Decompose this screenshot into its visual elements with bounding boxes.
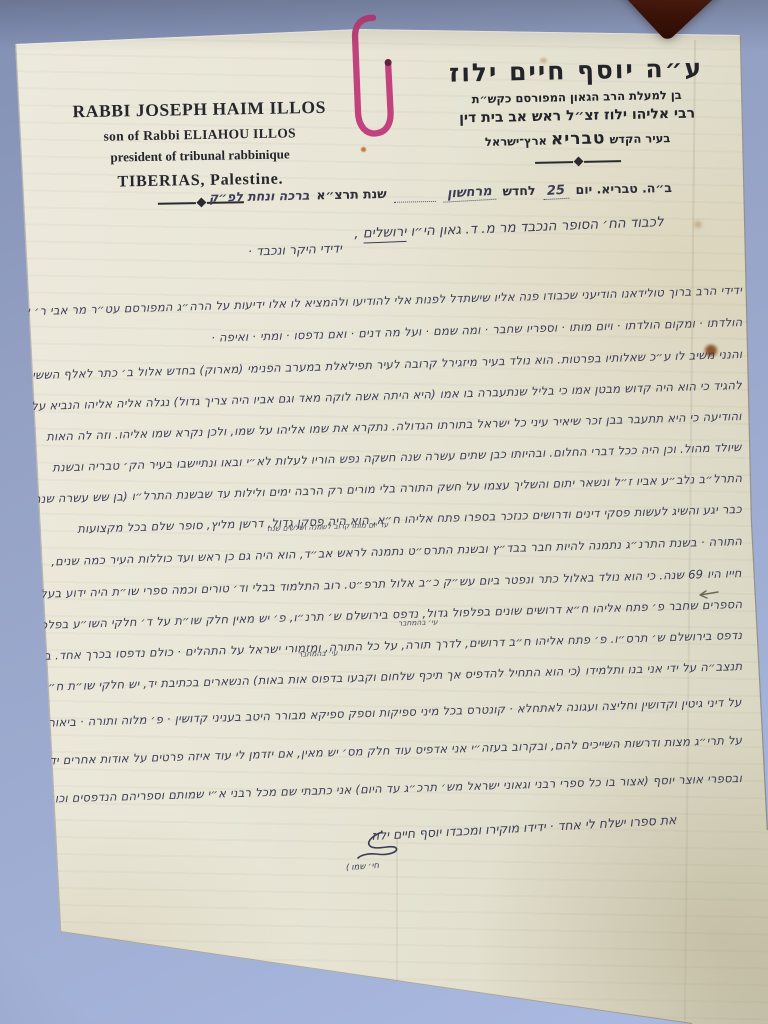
handwritten-line: ובספרי אוצר יוסף (אצור בו כל ספרי רבני ו… [0,771,742,808]
addressee-text: לכבוד הח׳ הסופר הנכבד מר מ. ד. גאון הי״ו [411,214,665,240]
closing-line: את ספרו ישלח לי אחד · ידידו מוקירו ומכבד… [371,812,677,843]
addressee-line: לכבוד הח׳ הסופר הנכבד מר מ. ד. גאון הי״ו… [354,214,664,242]
handwritten-line: על תרי״ג מצות ודרשות השייכים להם, ובקרוב… [0,733,742,769]
letterhead-father-he: בן למעלת הרב הגאון המפורסם כקש״ת [424,87,730,107]
dateline-prefix: ב״ה. טבריא. יום [575,180,672,197]
signature-paren: ( [346,863,350,873]
handwritten-line: חייו היו 69 שנה. כי הוא נולד באלול כתר ו… [17,566,742,601]
handwritten-line: הולדתו · ומקום הולדתו · ויום מותו · וספר… [211,315,743,345]
dateline-year: שנת תרצ״א [316,186,387,202]
addressee-city: ירושלים [363,224,407,244]
faded-stain [692,220,704,229]
city-name: טבריא [551,128,606,149]
letterhead-title-he: רבי אליהו ילוז זצ״ל ראש אב בית דין [424,105,730,127]
interlinear-note: עי׳ בהמחבר [398,617,438,627]
handwritten-line: התורה · בשנת התרנ״ג נתמנה להיות חבר בבד״… [51,534,742,568]
handwritten-line: כבר יגע והשיג לעשות פסקי דינים ודרושים כ… [77,502,742,536]
dateline-month-label: לחדש [502,183,535,199]
paper-crease [684,40,696,1024]
city-prefix: בעיר הקדש [609,131,670,146]
blank-dotted-line [394,191,436,203]
handwritten-line: להגיד כי הוא היה קדוש מבטן אמו כי בליל ש… [31,378,742,413]
handwritten-line: נדפס בירושלם ש׳ תרס״ו. פ׳ פתח אליהו ח״ב … [14,628,742,664]
paper-clip [333,11,417,147]
handwritten-line: הספרים שחבר פ׳ פתח אליהו ח״א דרושים שוני… [0,597,742,633]
letterhead-father-en: son of Rabbi ELIAHOU ILLOS [52,124,348,145]
divider-line [535,161,573,164]
paper-crease [396,838,398,1024]
signature-flourish [352,830,410,860]
letterhead-name-en: RABBI JOSEPH HAIM ILLOS [51,96,347,122]
handwritten-line: והנני משיב לו ע״כ שאלותיו בפרטות. הוא נו… [1,347,742,383]
divider-line [584,160,622,163]
addressee-tail: , [354,226,359,242]
handwritten-line: והודיעה כי היא תתעבר בבן זכר שיאיר עיני … [46,409,742,444]
letterhead-name-he: ע״ה יוסף חיים ילוז [423,53,730,88]
letterhead-city-he: בעיר הקדש טבריא ארץ־ישראל [424,126,730,152]
handwritten-line: שיולד מהול. וכן היה ככל דברי החלום. ובהי… [52,440,742,474]
handwritten-blessing: ברכה ונחת לפ״ק [209,188,310,205]
letterhead-title-en: president of tribunal rabbinique [52,145,348,166]
letterhead-hebrew: ע״ה יוסף חיים ילוז בן למעלת הרב הגאון המ… [423,53,731,168]
handwritten-line: ידידי הרב ברוך טולידאנו הודיעני שכבודו פ… [0,283,742,321]
handwritten-line: על דיני גיטין וקדושין וחליצה ועגונה לאתח… [18,695,743,730]
handwritten-day: 25 [542,183,569,200]
photo-frame: RABBI JOSEPH HAIM ILLOS son of Rabbi ELI… [0,0,768,1024]
salutation: ידידי היקר ונכבד · [248,240,342,258]
signature-note: ( חי׳ שמו [346,861,380,873]
signature-note-text: חי׳ שמו [351,861,379,873]
divider-ornament [535,157,621,166]
letter-paper: RABBI JOSEPH HAIM ILLOS son of Rabbi ELI… [0,0,768,1024]
handwritten-line: תנצב״ה על ידי אני בנו ותלמידו (כי הוא הת… [0,659,742,696]
diamond-icon [573,157,583,167]
clip-tip [385,59,392,66]
handwritten-line: התרל״ב נלב״ע אביו ז״ל ונשאר יתום והשליך … [28,471,742,506]
city-suffix: ארץ־ישראל [485,134,547,149]
margin-arrow-mark [694,588,720,600]
handwritten-month: מרחשון [442,184,496,203]
small-spot [361,147,366,152]
interlinear-note: עי׳ בהמחבר [298,648,338,658]
